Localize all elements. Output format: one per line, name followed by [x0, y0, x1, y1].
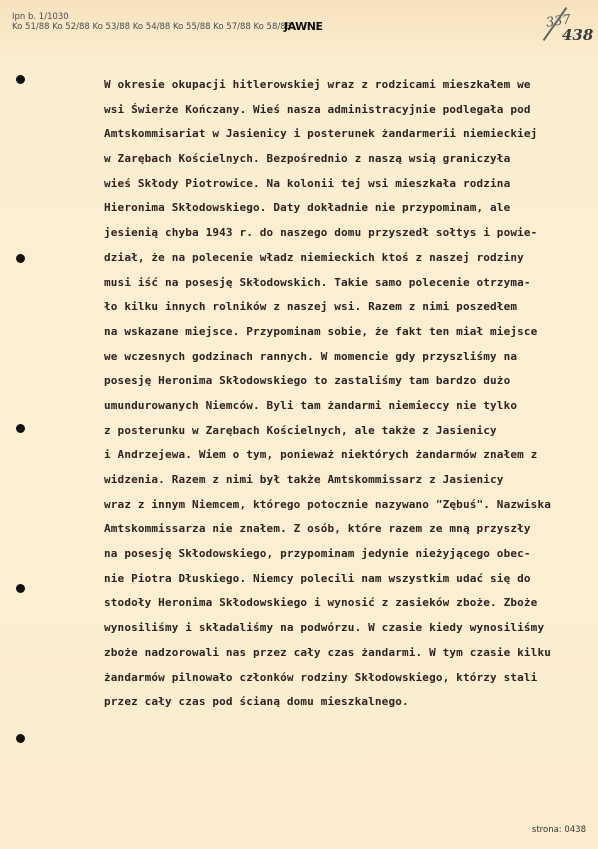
text-line: widzenia. Razem z nimi był także Amtskom… — [104, 468, 574, 493]
text-line: na wskazane miejsce. Przypominam sobie, … — [104, 320, 574, 345]
text-line: dział, że na polecenie władz niemieckich… — [104, 246, 574, 271]
punch-hole-icon — [16, 584, 25, 593]
text-line: wieś Skłody Piotrowice. Na kolonii tej w… — [104, 172, 574, 197]
text-line: stodoły Heronima Skłodowskiego i wynosić… — [104, 591, 574, 616]
text-line: na posesję Skłodowskiego, przypominam je… — [104, 542, 574, 567]
text-line: jesienią chyba 1943 r. do naszego domu p… — [104, 221, 574, 246]
text-line: ło kilku innych rolników z naszej wsi. R… — [104, 295, 574, 320]
punch-hole-icon — [16, 734, 25, 743]
punch-hole-icon — [16, 75, 25, 84]
case-numbers: Ko 51/88 Ko 52/88 Ko 53/88 Ko 54/88 Ko 5… — [12, 22, 291, 32]
text-line: w Zarębach Kościelnych. Bezpośrednio z n… — [104, 147, 574, 172]
text-line: W okresie okupacji hitlerowskiej wraz z … — [104, 73, 574, 98]
document-page: Ipn b. 1/1030 Ko 51/88 Ko 52/88 Ko 53/88… — [0, 0, 598, 849]
punch-hole-icon — [16, 424, 25, 433]
text-line: Hieronima Skłodowskiego. Daty dokładnie … — [104, 196, 574, 221]
text-line: przez cały czas pod ścianą domu mieszkal… — [104, 690, 574, 715]
text-line: wraz z innym Niemcem, którego potocznie … — [104, 493, 574, 518]
text-line: nie Piotra Dłuskiego. Niemcy polecili na… — [104, 567, 574, 592]
text-line: zboże nadzorowali nas przez cały czas ża… — [104, 641, 574, 666]
text-line: żandarmów pilnowało członków rodziny Skł… — [104, 666, 574, 691]
text-line: z posterunku w Zarębach Kościelnych, ale… — [104, 419, 574, 444]
text-line: Amtskommisariat w Jasienicy i posterunek… — [104, 122, 574, 147]
text-line: umundurowanych Niemców. Byli tam żandarm… — [104, 394, 574, 419]
text-line: Amtskommissarza nie znałem. Z osób, któr… — [104, 517, 574, 542]
text-line: i Andrzejewa. Wiem o tym, ponieważ niekt… — [104, 443, 574, 468]
new-page-number: 438 — [562, 26, 593, 44]
text-line: musi iść na posesję Skłodowskich. Takie … — [104, 271, 574, 296]
public-stamp: JAWNE — [284, 22, 322, 32]
text-line: wynosiliśmy i składaliśmy na podwórzu. W… — [104, 616, 574, 641]
archive-signature: Ipn b. 1/1030 — [12, 12, 291, 22]
text-line: wsi Świerże Kończany. Wieś nasza adminis… — [104, 98, 574, 123]
archive-header: Ipn b. 1/1030 Ko 51/88 Ko 52/88 Ko 53/88… — [12, 12, 291, 32]
text-line: we wczesnych godzinach rannych. W momenc… — [104, 345, 574, 370]
typewritten-testimony: W okresie okupacji hitlerowskiej wraz z … — [104, 73, 574, 715]
page-footer: strona: 0438 — [532, 825, 586, 835]
text-line: posesję Heronima Skłodowskiego to zastal… — [104, 369, 574, 394]
punch-hole-icon — [16, 254, 25, 263]
